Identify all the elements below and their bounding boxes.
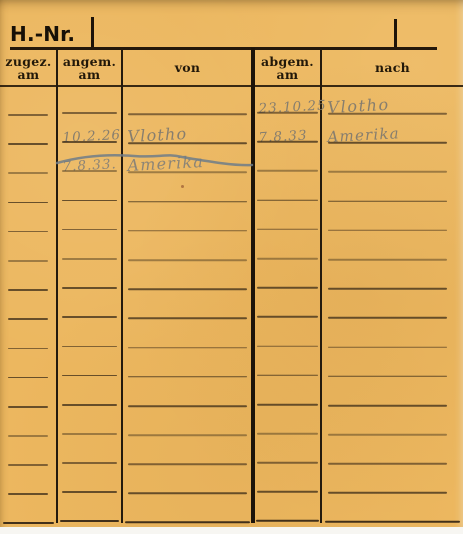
- table-cell-angem: [57, 86, 122, 115]
- handwritten-entry: Amerika: [327, 124, 400, 146]
- table-cell-nach: [322, 377, 463, 406]
- scanner-background: [0, 527, 463, 534]
- table-cell-angem: [57, 231, 122, 260]
- table-cell-zugez: [0, 436, 57, 465]
- table-cell-angem: [57, 348, 122, 377]
- table-row: [0, 348, 463, 377]
- table-cell-angem: [57, 290, 122, 319]
- card-number-field-divider: [91, 17, 94, 48]
- strikethrough-mark: [54, 148, 256, 174]
- table-row: [0, 261, 463, 290]
- table-row: [0, 290, 463, 319]
- column-header-text: am: [79, 68, 101, 81]
- table-cell-von: [122, 407, 253, 436]
- table-cell-abgem: [253, 290, 322, 319]
- table-cell-nach: [322, 231, 463, 260]
- table-cell-abgem: [253, 202, 322, 231]
- table-cell-abgem: 7.8.33: [253, 115, 322, 144]
- table-cell-nach: [322, 202, 463, 231]
- table-cell-von: [122, 173, 253, 202]
- table-cell-abgem: [253, 173, 322, 202]
- table-row: [0, 231, 463, 260]
- table-cell-von: [122, 290, 253, 319]
- table-cell-angem: [57, 494, 122, 523]
- table-cell-angem: [57, 319, 122, 348]
- table-cell-angem: [57, 377, 122, 406]
- column-header-abgem-am: abgem. am: [253, 50, 322, 87]
- table-cell-abgem: [253, 144, 322, 173]
- table-cell-von: [122, 86, 253, 115]
- column-header-angem-am: angem. am: [57, 50, 122, 87]
- table-cell-abgem: [253, 261, 322, 290]
- column-header-text: von: [175, 61, 201, 74]
- table-cell-angem: 10.2.26: [57, 115, 122, 144]
- column-header-von: von: [122, 50, 253, 87]
- table-cell-nach: [322, 465, 463, 494]
- registration-card: H.-Nr. zugez. am angem. am von abgem. am…: [0, 0, 463, 527]
- table-cell-zugez: [0, 261, 57, 290]
- table-cell-zugez: [0, 290, 57, 319]
- column-header-text: am: [277, 68, 299, 81]
- column-header-zugez-am: zugez. am: [0, 50, 57, 87]
- table-cell-von: [122, 348, 253, 377]
- table-cell-zugez: [0, 202, 57, 231]
- table-cell-abgem: [253, 377, 322, 406]
- table-cell-zugez: [0, 407, 57, 436]
- table-cell-zugez: [0, 319, 57, 348]
- table-cell-abgem: [253, 465, 322, 494]
- handwritten-entry: Vlotho: [127, 124, 188, 146]
- table-cell-nach: [322, 144, 463, 173]
- table-cell-zugez: [0, 115, 57, 144]
- table-cell-nach: Amerika: [322, 115, 463, 144]
- table-cell-von: Vlotho: [122, 115, 253, 144]
- table-cell-nach: [322, 173, 463, 202]
- table-cell-nach: [322, 436, 463, 465]
- table-cell-abgem: [253, 231, 322, 260]
- table-header-row: zugez. am angem. am von abgem. am nach: [0, 50, 463, 87]
- table-row: [0, 436, 463, 465]
- table-cell-nach: [322, 494, 463, 523]
- table-row: 10.2.26Vlotho7.8.33Amerika: [0, 115, 463, 144]
- table-cell-zugez: [0, 173, 57, 202]
- table-cell-zugez: [0, 494, 57, 523]
- table-cell-zugez: [0, 231, 57, 260]
- table-cell-abgem: 23.10.25: [253, 86, 322, 115]
- card-number-label: H.-Nr.: [10, 22, 75, 46]
- handwritten-entry: Vlotho: [327, 94, 390, 116]
- table-cell-angem: [57, 436, 122, 465]
- table-cell-nach: Vlotho: [322, 86, 463, 115]
- column-header-text: nach: [375, 61, 410, 74]
- table-row: [0, 173, 463, 202]
- table-row: [0, 377, 463, 406]
- table-cell-nach: [322, 261, 463, 290]
- table-cell-nach: [322, 290, 463, 319]
- table-cell-zugez: [0, 86, 57, 115]
- table-cell-nach: [322, 348, 463, 377]
- table-cell-nach: [322, 319, 463, 348]
- table-cell-von: [122, 377, 253, 406]
- table-cell-abgem: [253, 407, 322, 436]
- table-row: [0, 202, 463, 231]
- table-cell-angem: [57, 202, 122, 231]
- table-cell-von: [122, 231, 253, 260]
- table-cell-von: [122, 494, 253, 523]
- column-header-nach: nach: [322, 50, 463, 87]
- table-cell-zugez: [0, 377, 57, 406]
- table-cell-angem: [57, 465, 122, 494]
- table-cell-von: [122, 261, 253, 290]
- age-spot: [181, 185, 184, 188]
- table-cell-von: [122, 202, 253, 231]
- table-cell-von: [122, 465, 253, 494]
- table-row: [0, 319, 463, 348]
- table-cell-zugez: [0, 465, 57, 494]
- table-cell-angem: [57, 407, 122, 436]
- table-cell-abgem: [253, 319, 322, 348]
- table-row: [0, 407, 463, 436]
- table-cell-nach: [322, 407, 463, 436]
- table-cell-von: [122, 319, 253, 348]
- header-right-tick: [394, 19, 397, 48]
- table-cell-von: [122, 436, 253, 465]
- table-cell-zugez: [0, 144, 57, 173]
- table-cell-angem: [57, 261, 122, 290]
- table-row: 23.10.25Vlotho: [0, 86, 463, 115]
- table-cell-abgem: [253, 494, 322, 523]
- column-header-text: am: [18, 68, 40, 81]
- table-row: [0, 465, 463, 494]
- table-cell-abgem: [253, 348, 322, 377]
- table-cell-zugez: [0, 348, 57, 377]
- table-cell-abgem: [253, 436, 322, 465]
- table-cell-angem: [57, 173, 122, 202]
- table-row: [0, 494, 463, 523]
